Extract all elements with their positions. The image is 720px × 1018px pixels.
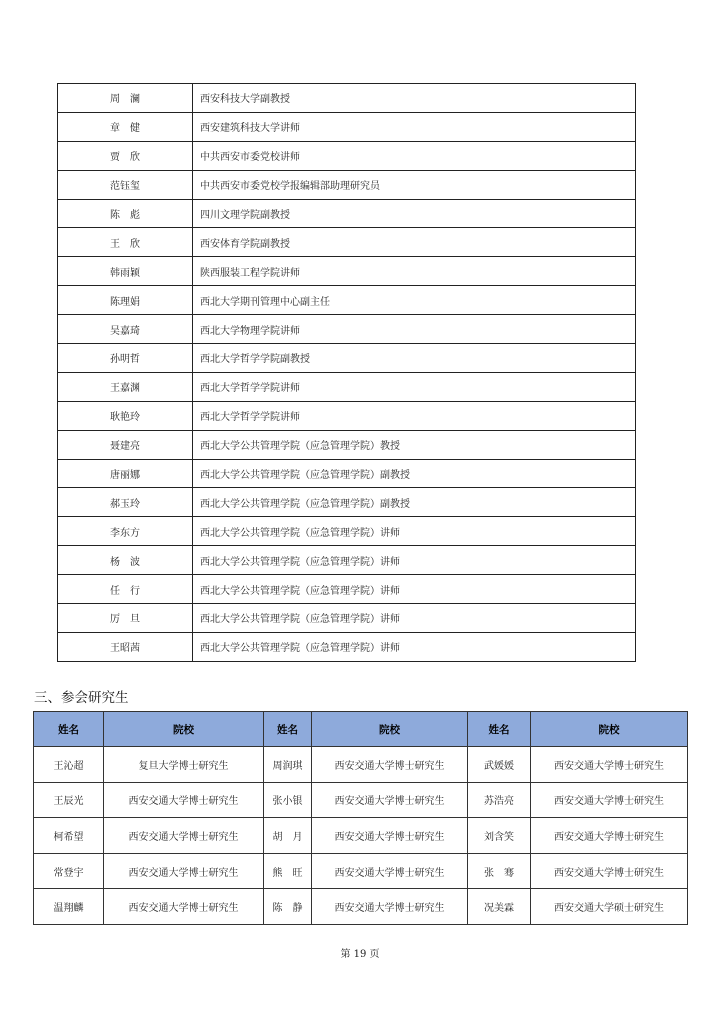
student-school: 西安交通大学博士研究生 <box>312 853 468 889</box>
person-name: 陈 彪 <box>58 199 193 228</box>
student-school: 西安交通大学博士研究生 <box>312 782 468 818</box>
faculty-table: 周 澜西安科技大学副教授章 健西安建筑科技大学讲师贾 欣中共西安市委党校讲师范钰… <box>57 83 636 662</box>
header-name: 姓名 <box>264 712 312 747</box>
table-row: 聂建亮西北大学公共管理学院（应急管理学院）教授 <box>58 430 636 459</box>
person-name: 陈理娟 <box>58 286 193 315</box>
table-row: 王辰光西安交通大学博士研究生张小银西安交通大学博士研究生苏浩亮西安交通大学博士研… <box>34 782 688 818</box>
page-number: 第 19 页 <box>0 945 720 960</box>
student-table: 姓名 院校 姓名 院校 姓名 院校 王沁超复旦大学博士研究生周润琪西安交通大学博… <box>33 711 688 925</box>
section-title: 三、参会研究生 <box>34 686 129 706</box>
person-affiliation: 四川文理学院副教授 <box>193 199 636 228</box>
table-row: 陈理娟西北大学期刊管理中心副主任 <box>58 286 636 315</box>
person-affiliation: 中共西安市委党校学报编辑部助理研究员 <box>193 170 636 199</box>
student-name: 胡 月 <box>264 818 312 854</box>
person-affiliation: 陕西服装工程学院讲师 <box>193 257 636 286</box>
header-name: 姓名 <box>34 712 104 747</box>
person-name: 章 健 <box>58 112 193 141</box>
person-affiliation: 西北大学公共管理学院（应急管理学院）讲师 <box>193 632 636 661</box>
student-name: 周润琪 <box>264 747 312 783</box>
person-affiliation: 西安科技大学副教授 <box>193 84 636 113</box>
student-school: 西安交通大学博士研究生 <box>312 747 468 783</box>
student-name: 况美霖 <box>468 889 531 925</box>
student-school: 西安交通大学博士研究生 <box>104 782 264 818</box>
student-school: 西安交通大学博士研究生 <box>104 889 264 925</box>
student-name: 苏浩亮 <box>468 782 531 818</box>
student-school: 西安交通大学硕士研究生 <box>531 889 688 925</box>
header-name: 姓名 <box>468 712 531 747</box>
student-name: 王辰光 <box>34 782 104 818</box>
table-row: 柯希望西安交通大学博士研究生胡 月西安交通大学博士研究生刘含笑西安交通大学博士研… <box>34 818 688 854</box>
person-affiliation: 西北大学哲学学院讲师 <box>193 372 636 401</box>
table-row: 王嘉渊西北大学哲学学院讲师 <box>58 372 636 401</box>
person-affiliation: 中共西安市委党校讲师 <box>193 141 636 170</box>
student-school: 西安交通大学博士研究生 <box>104 818 264 854</box>
person-affiliation: 西安体育学院副教授 <box>193 228 636 257</box>
student-school: 西安交通大学博士研究生 <box>104 853 264 889</box>
table-row: 李东方西北大学公共管理学院（应急管理学院）讲师 <box>58 517 636 546</box>
person-name: 孙明哲 <box>58 344 193 373</box>
person-name: 任 行 <box>58 575 193 604</box>
table-row: 孙明哲西北大学哲学学院副教授 <box>58 344 636 373</box>
table-row: 耿艳玲西北大学哲学学院讲师 <box>58 401 636 430</box>
person-affiliation: 西北大学公共管理学院（应急管理学院）副教授 <box>193 488 636 517</box>
student-name: 熊 旺 <box>264 853 312 889</box>
student-school: 西安交通大学博士研究生 <box>312 818 468 854</box>
table-row: 唐丽娜西北大学公共管理学院（应急管理学院）副教授 <box>58 459 636 488</box>
person-name: 郝玉玲 <box>58 488 193 517</box>
student-school: 复旦大学博士研究生 <box>104 747 264 783</box>
table-row: 韩雨颖陕西服装工程学院讲师 <box>58 257 636 286</box>
table-row: 杨 波西北大学公共管理学院（应急管理学院）讲师 <box>58 546 636 575</box>
table-row: 温翔麟西安交通大学博士研究生陈 静西安交通大学博士研究生况美霖西安交通大学硕士研… <box>34 889 688 925</box>
person-name: 韩雨颖 <box>58 257 193 286</box>
table-row: 任 行西北大学公共管理学院（应急管理学院）讲师 <box>58 575 636 604</box>
table-row: 常登宇西安交通大学博士研究生熊 旺西安交通大学博士研究生张 骞西安交通大学博士研… <box>34 853 688 889</box>
header-school: 院校 <box>312 712 468 747</box>
student-school: 西安交通大学博士研究生 <box>312 889 468 925</box>
table-row: 贾 欣中共西安市委党校讲师 <box>58 141 636 170</box>
student-school: 西安交通大学博士研究生 <box>531 747 688 783</box>
person-name: 杨 波 <box>58 546 193 575</box>
student-school: 西安交通大学博士研究生 <box>531 818 688 854</box>
person-name: 吴嘉琦 <box>58 315 193 344</box>
student-name: 张 骞 <box>468 853 531 889</box>
table-row: 王昭茜西北大学公共管理学院（应急管理学院）讲师 <box>58 632 636 661</box>
person-affiliation: 西北大学公共管理学院（应急管理学院）副教授 <box>193 459 636 488</box>
student-name: 常登宇 <box>34 853 104 889</box>
person-name: 周 澜 <box>58 84 193 113</box>
person-name: 贾 欣 <box>58 141 193 170</box>
student-name: 张小银 <box>264 782 312 818</box>
person-name: 唐丽娜 <box>58 459 193 488</box>
table-row: 陈 彪四川文理学院副教授 <box>58 199 636 228</box>
person-name: 王 欣 <box>58 228 193 257</box>
person-affiliation: 西北大学哲学学院讲师 <box>193 401 636 430</box>
student-name: 武媛媛 <box>468 747 531 783</box>
person-affiliation: 西北大学物理学院讲师 <box>193 315 636 344</box>
person-affiliation: 西安建筑科技大学讲师 <box>193 112 636 141</box>
table-row: 范钰玺中共西安市委党校学报编辑部助理研究员 <box>58 170 636 199</box>
person-affiliation: 西北大学公共管理学院（应急管理学院）讲师 <box>193 604 636 633</box>
person-affiliation: 西北大学公共管理学院（应急管理学院）讲师 <box>193 546 636 575</box>
table-row: 郝玉玲西北大学公共管理学院（应急管理学院）副教授 <box>58 488 636 517</box>
person-name: 范钰玺 <box>58 170 193 199</box>
person-affiliation: 西北大学哲学学院副教授 <box>193 344 636 373</box>
person-name: 厉 旦 <box>58 604 193 633</box>
person-affiliation: 西北大学公共管理学院（应急管理学院）讲师 <box>193 575 636 604</box>
table-row: 王沁超复旦大学博士研究生周润琪西安交通大学博士研究生武媛媛西安交通大学博士研究生 <box>34 747 688 783</box>
person-name: 耿艳玲 <box>58 401 193 430</box>
person-affiliation: 西北大学公共管理学院（应急管理学院）教授 <box>193 430 636 459</box>
table-row: 吴嘉琦西北大学物理学院讲师 <box>58 315 636 344</box>
table-row: 厉 旦西北大学公共管理学院（应急管理学院）讲师 <box>58 604 636 633</box>
table-header-row: 姓名 院校 姓名 院校 姓名 院校 <box>34 712 688 747</box>
student-name: 陈 静 <box>264 889 312 925</box>
student-school: 西安交通大学博士研究生 <box>531 853 688 889</box>
person-affiliation: 西北大学期刊管理中心副主任 <box>193 286 636 315</box>
person-name: 李东方 <box>58 517 193 546</box>
student-name: 刘含笑 <box>468 818 531 854</box>
student-name: 柯希望 <box>34 818 104 854</box>
student-name: 王沁超 <box>34 747 104 783</box>
person-name: 王昭茜 <box>58 632 193 661</box>
student-school: 西安交通大学博士研究生 <box>531 782 688 818</box>
person-affiliation: 西北大学公共管理学院（应急管理学院）讲师 <box>193 517 636 546</box>
table-row: 章 健西安建筑科技大学讲师 <box>58 112 636 141</box>
header-school: 院校 <box>531 712 688 747</box>
person-name: 王嘉渊 <box>58 372 193 401</box>
student-name: 温翔麟 <box>34 889 104 925</box>
table-row: 王 欣西安体育学院副教授 <box>58 228 636 257</box>
person-name: 聂建亮 <box>58 430 193 459</box>
table-row: 周 澜西安科技大学副教授 <box>58 84 636 113</box>
header-school: 院校 <box>104 712 264 747</box>
